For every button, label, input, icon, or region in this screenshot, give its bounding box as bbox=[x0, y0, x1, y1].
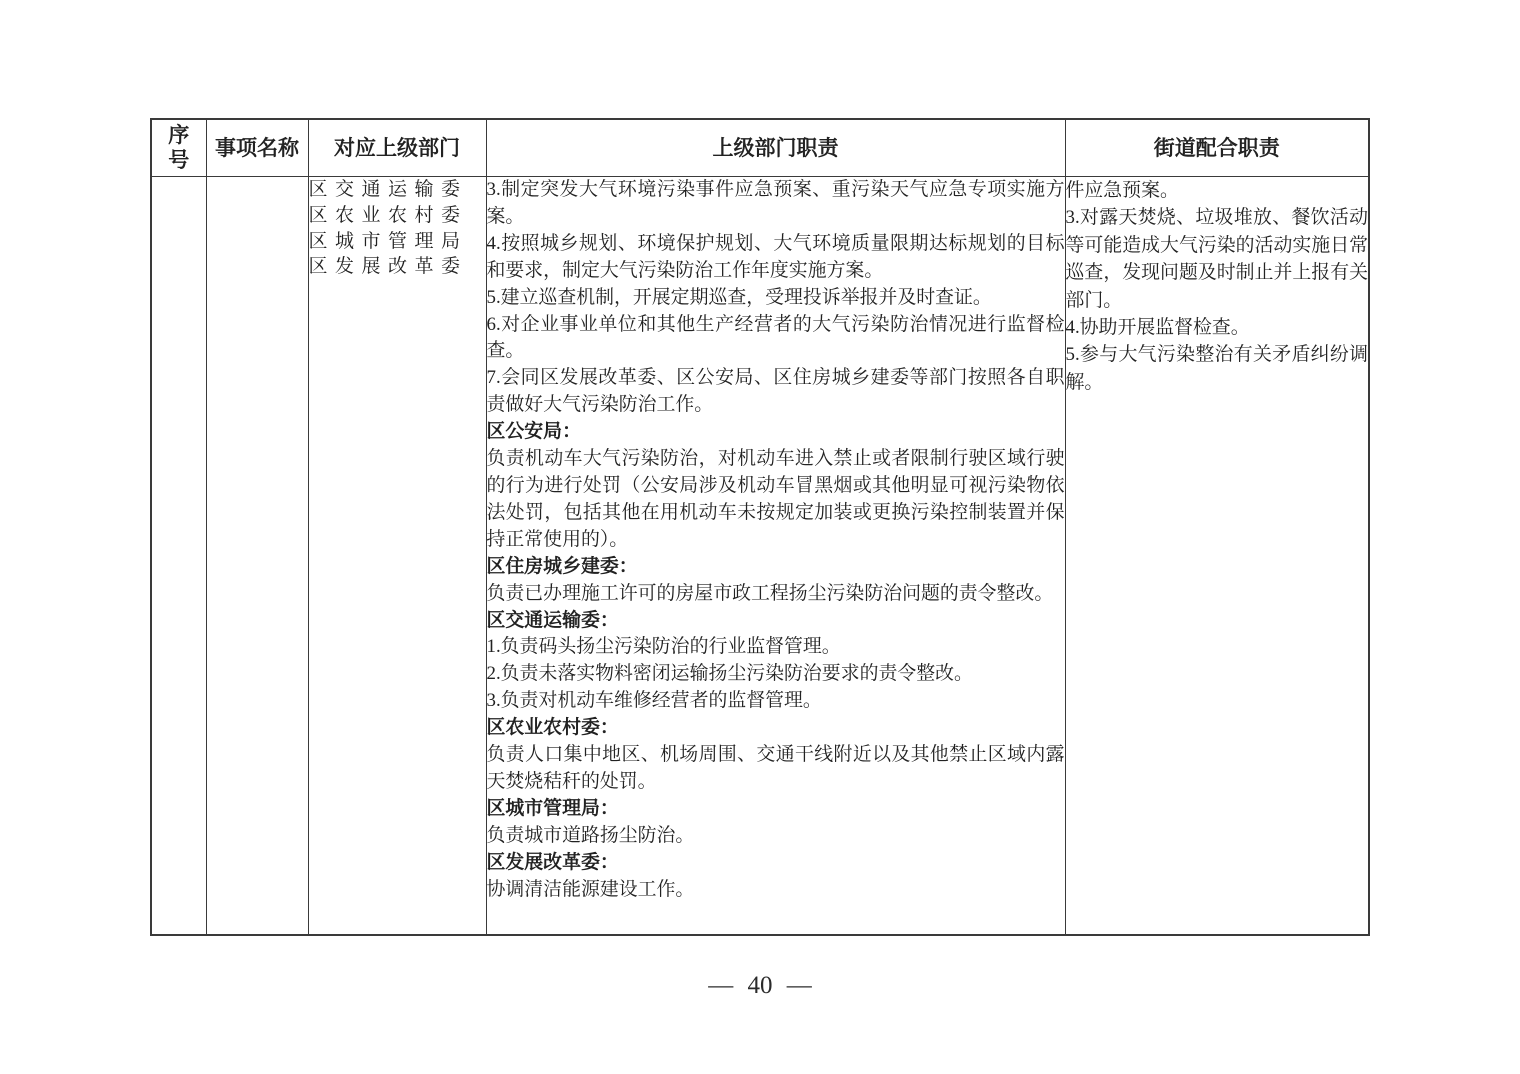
duty-paragraph: 区公安局： bbox=[487, 419, 1065, 446]
duty-paragraph: 7.会同区发展改革委、区公安局、区住房城乡建委等部门按照各自职责做好大气污染防治… bbox=[487, 365, 1065, 419]
column-header-serial: 序号 bbox=[151, 119, 206, 177]
cell-street-duties: 件应急预案。3.对露天焚烧、垃圾堆放、餐饮活动等可能造成大气污染的活动实施日常巡… bbox=[1065, 177, 1369, 936]
duty-paragraph: 区交通运输委： bbox=[487, 608, 1065, 635]
cell-item-name bbox=[206, 177, 308, 936]
responsibility-table: 序号 事项名称 对应上级部门 上级部门职责 街道配合职责 区交通运输委区农业农村… bbox=[150, 118, 1370, 936]
department-line: 区发展改革委 bbox=[309, 254, 486, 280]
department-line: 区农业农村委 bbox=[309, 203, 486, 229]
column-header-superior-dept: 对应上级部门 bbox=[308, 119, 486, 177]
column-header-serial-label: 序号 bbox=[166, 123, 192, 173]
page-number: — 40 — bbox=[0, 972, 1520, 1000]
header-row: 序号 事项名称 对应上级部门 上级部门职责 街道配合职责 bbox=[151, 119, 1369, 177]
duty-paragraph: 5.建立巡查机制，开展定期巡查，受理投诉举报并及时查证。 bbox=[487, 285, 1065, 312]
duty-paragraph: 区住房城乡建委： bbox=[487, 554, 1065, 581]
column-header-superior-duties: 上级部门职责 bbox=[486, 119, 1065, 177]
cell-departments: 区交通运输委区农业农村委区城市管理局区发展改革委 bbox=[308, 177, 486, 936]
duty-paragraph: 4.协助开展监督检查。 bbox=[1066, 314, 1369, 341]
duty-paragraph: 协调清洁能源建设工作。 bbox=[487, 877, 1065, 904]
table-row: 区交通运输委区农业农村委区城市管理局区发展改革委 3.制定突发大气环境污染事件应… bbox=[151, 177, 1369, 936]
column-header-item-name: 事项名称 bbox=[206, 119, 308, 177]
department-line: 区城市管理局 bbox=[309, 229, 486, 255]
duty-paragraph: 3.制定突发大气环境污染事件应急预案、重污染天气应急专项实施方案。 bbox=[487, 177, 1065, 231]
document-page: 序号 事项名称 对应上级部门 上级部门职责 街道配合职责 区交通运输委区农业农村… bbox=[0, 0, 1520, 1074]
cell-serial bbox=[151, 177, 206, 936]
duty-paragraph: 3.负责对机动车维修经营者的监督管理。 bbox=[487, 688, 1065, 715]
duty-paragraph: 负责城市道路扬尘防治。 bbox=[487, 823, 1065, 850]
duty-paragraph: 区农业农村委： bbox=[487, 715, 1065, 742]
duty-paragraph: 负责机动车大气污染防治，对机动车进入禁止或者限制行驶区域行驶的行为进行处罚（公安… bbox=[487, 446, 1065, 554]
duty-paragraph: 负责已办理施工许可的房屋市政工程扬尘污染防治问题的责令整改。 bbox=[487, 581, 1065, 608]
duty-paragraph: 3.对露天焚烧、垃圾堆放、餐饮活动等可能造成大气污染的活动实施日常巡查，发现问题… bbox=[1066, 204, 1369, 314]
duty-paragraph: 区城市管理局： bbox=[487, 796, 1065, 823]
cell-superior-duties: 3.制定突发大气环境污染事件应急预案、重污染天气应急专项实施方案。4.按照城乡规… bbox=[486, 177, 1065, 936]
duty-paragraph: 1.负责码头扬尘污染防治的行业监督管理。 bbox=[487, 634, 1065, 661]
duty-paragraph: 区发展改革委： bbox=[487, 850, 1065, 877]
duty-paragraph: 负责人口集中地区、机场周围、交通干线附近以及其他禁止区域内露天焚烧秸秆的处罚。 bbox=[487, 742, 1065, 796]
column-header-street-duties: 街道配合职责 bbox=[1065, 119, 1369, 177]
duty-paragraph: 件应急预案。 bbox=[1066, 177, 1369, 204]
duty-paragraph: 5.参与大气污染整治有关矛盾纠纷调解。 bbox=[1066, 341, 1369, 396]
duty-paragraph: 4.按照城乡规划、环境保护规划、大气环境质量限期达标规划的目标和要求，制定大气污… bbox=[487, 231, 1065, 285]
department-line: 区交通运输委 bbox=[309, 177, 486, 203]
duty-paragraph: 6.对企业事业单位和其他生产经营者的大气污染防治情况进行监督检查。 bbox=[487, 312, 1065, 366]
duty-paragraph: 2.负责未落实物料密闭运输扬尘污染防治要求的责令整改。 bbox=[487, 661, 1065, 688]
